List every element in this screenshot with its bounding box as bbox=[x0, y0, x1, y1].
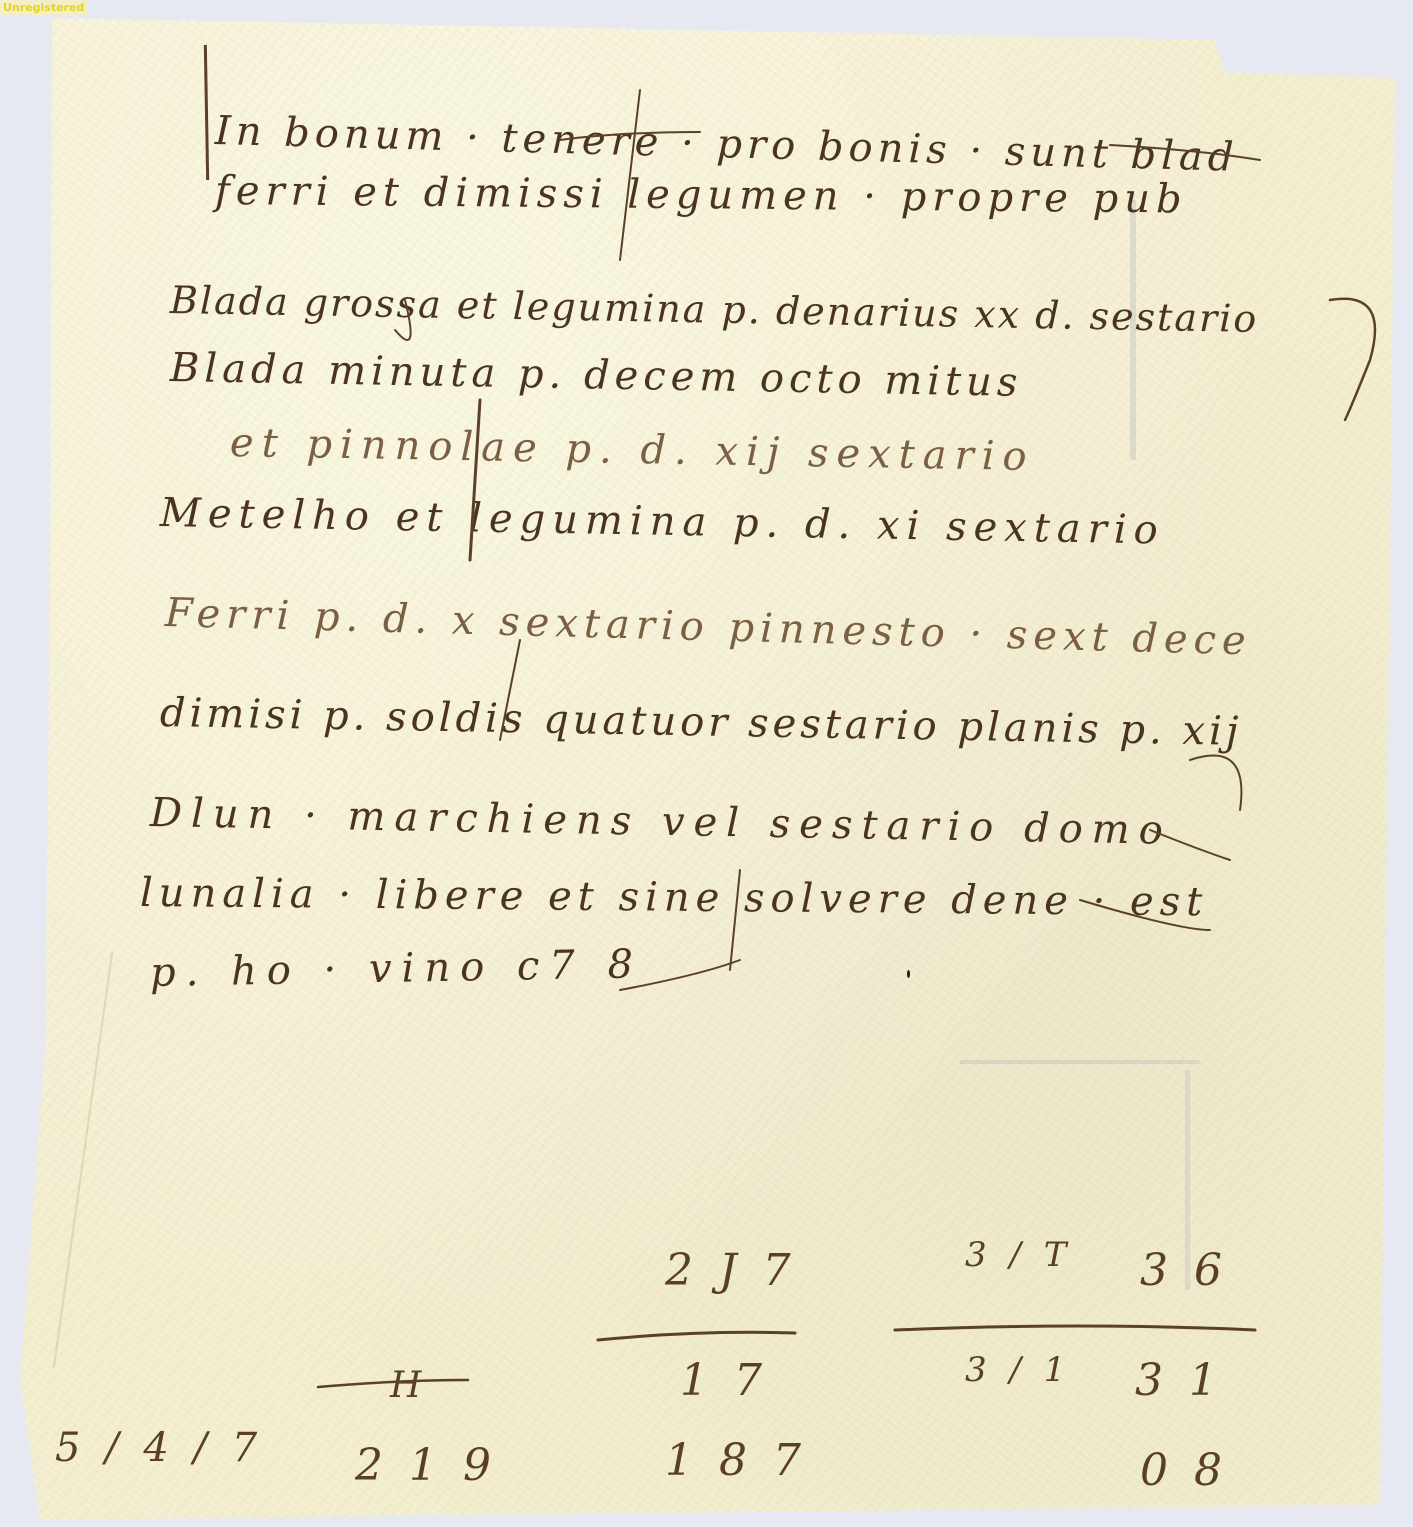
numeral-group: 2 1 9 bbox=[355, 1440, 497, 1491]
numeral-group: H bbox=[390, 1365, 427, 1406]
manuscript-page: In bonum · tenere · pro bonis · sunt bla… bbox=[0, 0, 1413, 1527]
numeral-group: 0 8 bbox=[1140, 1445, 1228, 1496]
manuscript-line: lunalia · libere et sine solvere dene · … bbox=[140, 870, 1209, 925]
show-through-mark bbox=[960, 1060, 1200, 1064]
numeral-group: 1 7 bbox=[680, 1355, 768, 1406]
numeral-group: 1 8 7 bbox=[665, 1435, 807, 1486]
scan-canvas: Unregistered In bonum · tenere · pro bon… bbox=[0, 0, 1413, 1527]
numeral-group: 3 / T bbox=[965, 1235, 1072, 1275]
ink-speck bbox=[907, 970, 910, 978]
numeral-group: 2 J 7 bbox=[665, 1245, 797, 1296]
numeral-group: 3 6 bbox=[1140, 1245, 1228, 1296]
numeral-group: 5 / 4 / 7 bbox=[55, 1425, 263, 1471]
numeral-group: 3 / 1 bbox=[965, 1350, 1071, 1390]
ink-speck bbox=[8, 1134, 22, 1139]
manuscript-line: ferri et dimissi legumen · propre pub bbox=[215, 168, 1188, 222]
numeral-group: 3 1 bbox=[1135, 1355, 1223, 1406]
manuscript-line: p. ho · vino c7 8 bbox=[150, 941, 644, 996]
ink-speck bbox=[32, 952, 37, 960]
unregistered-watermark: Unregistered bbox=[0, 0, 87, 16]
